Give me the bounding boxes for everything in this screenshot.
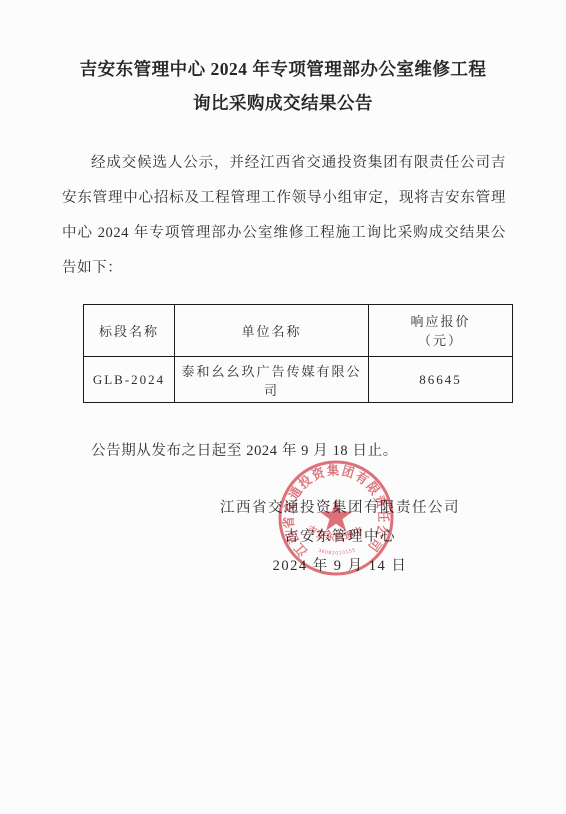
cell-section-name: GLB-2024 xyxy=(84,357,175,403)
header-response-price-line2: （元） xyxy=(373,331,508,350)
header-company-name: 单位名称 xyxy=(175,305,369,357)
header-response-price-line1: 响应报价 xyxy=(373,312,508,331)
header-response-price: 响应报价 （元） xyxy=(369,305,513,357)
signature-company: 江西省交通投资集团有限责任公司 xyxy=(190,494,490,523)
signature-date: 2024 年 9 月 14 日 xyxy=(190,552,490,581)
cell-company-name: 泰和幺幺玖广告传媒有限公司 xyxy=(175,357,369,403)
document-title-line1: 吉安东管理中心 2024 年专项管理部办公室维修工程 xyxy=(0,52,566,86)
cell-response-price: 86645 xyxy=(369,357,513,403)
table-body: GLB-2024 泰和幺幺玖广告传媒有限公司 86645 xyxy=(84,357,513,403)
signature-block: 江西省交通投资集团有限责任公司 吉安东管理中心 2024 年 9 月 14 日 xyxy=(190,494,490,581)
announcement-body-paragraph: 经成交候选人公示，并经江西省交通投资集团有限责任公司吉安东管理中心招标及工程管理… xyxy=(62,146,506,286)
signature-department: 吉安东管理中心 xyxy=(190,523,490,552)
notice-period-line: 公告期从发布之日起至 2024 年 9 月 18 日止。 xyxy=(62,439,506,460)
document-page: 吉安东管理中心 2024 年专项管理部办公室维修工程 询比采购成交结果公告 经成… xyxy=(0,0,566,814)
document-title: 吉安东管理中心 2024 年专项管理部办公室维修工程 询比采购成交结果公告 xyxy=(0,0,566,120)
table-header: 标段名称 单位名称 响应报价 （元） xyxy=(84,305,513,357)
table-header-row: 标段名称 单位名称 响应报价 （元） xyxy=(84,305,513,357)
procurement-result-table: 标段名称 单位名称 响应报价 （元） GLB-2024 泰和幺幺玖广告传媒有限公… xyxy=(83,304,513,403)
table-row: GLB-2024 泰和幺幺玖广告传媒有限公司 86645 xyxy=(84,357,513,403)
header-section-name: 标段名称 xyxy=(84,305,175,357)
document-title-line2: 询比采购成交结果公告 xyxy=(0,86,566,120)
